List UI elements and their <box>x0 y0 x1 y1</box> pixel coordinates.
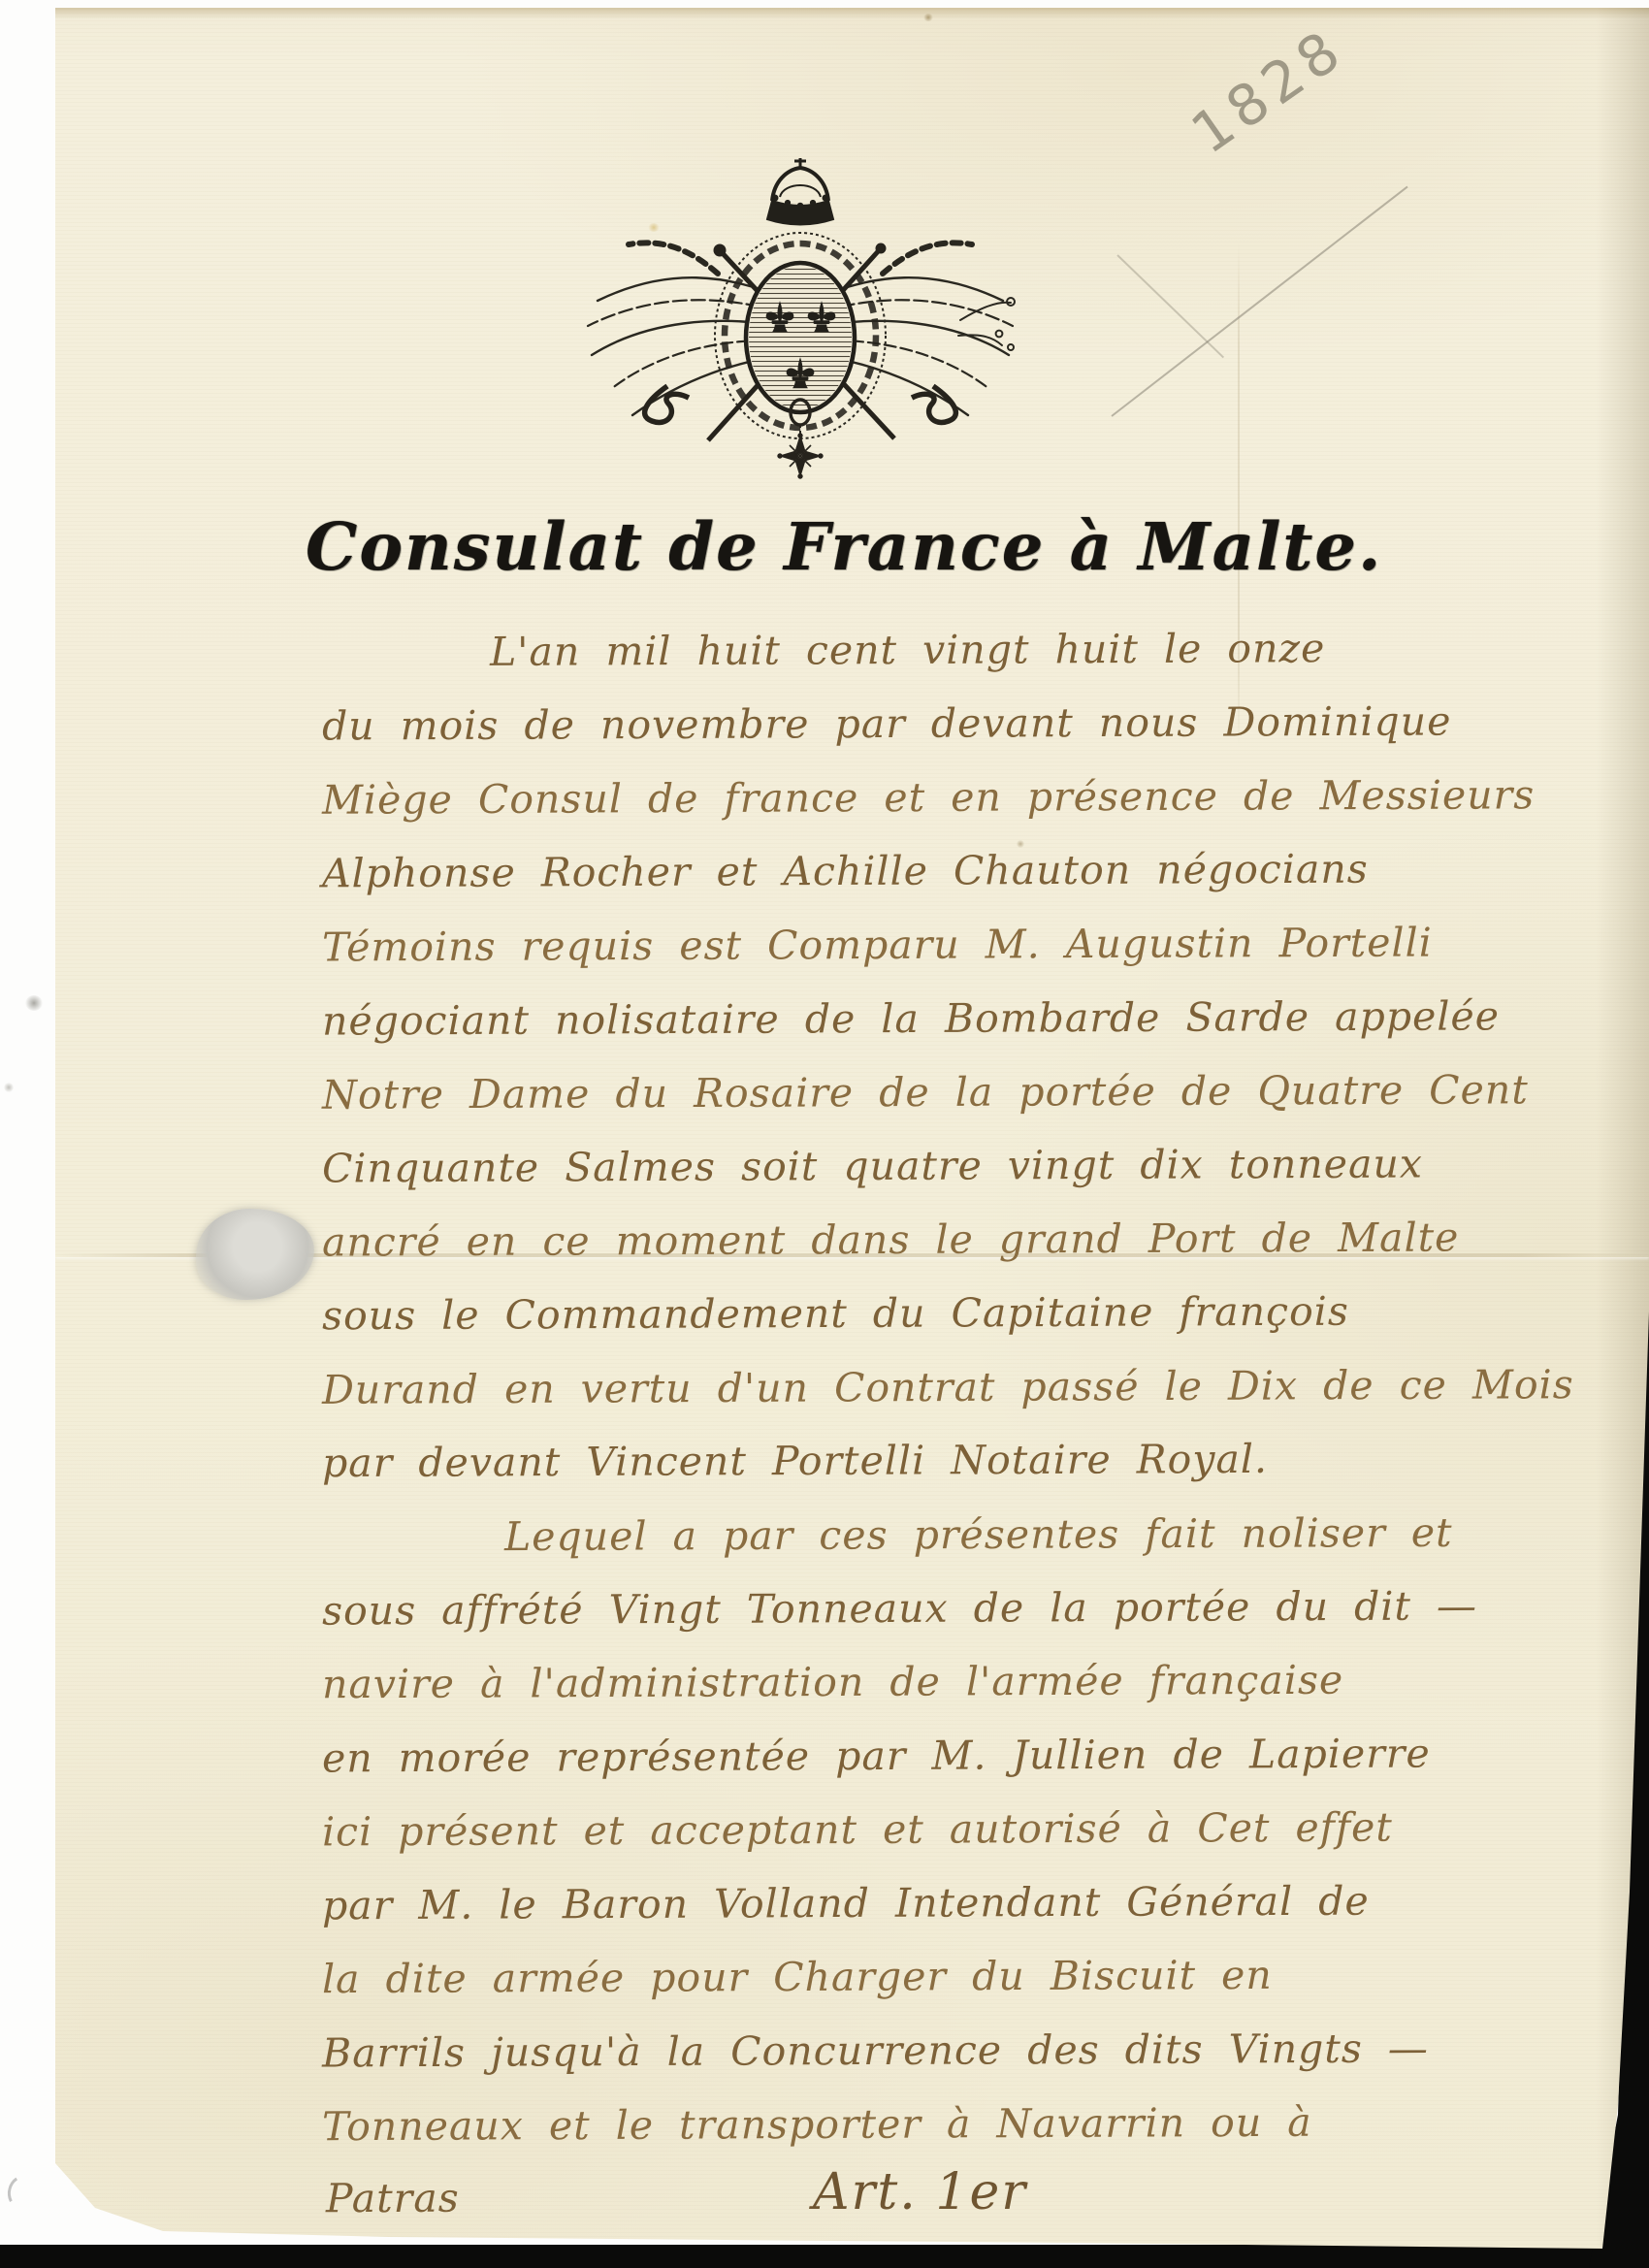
manuscript-line: L'an mil huit cent vingt huit le onze <box>490 629 1325 672</box>
manuscript-line: en morée représentée par M. Jullien de L… <box>322 1734 1431 1779</box>
manuscript-line: Durand en vertu d'un Contrat passé le Di… <box>322 1365 1574 1410</box>
scanned-document: Consulat de France à Malte. 1828 L'an mi… <box>0 0 1649 2268</box>
manuscript-line: Lequel a par ces présentes fait noliser … <box>504 1513 1453 1557</box>
manuscript-line: la dite armée pour Charger du Biscuit en <box>322 1956 1273 1999</box>
manuscript-line: Témoins requis est Comparu M. Augustin P… <box>322 923 1433 968</box>
scan-bottom-border <box>0 2245 1649 2268</box>
foxing-spot <box>923 14 933 21</box>
scanner-speck <box>25 995 43 1011</box>
manuscript-line: négociant nolisataire de la Bombarde Sar… <box>322 996 1500 1041</box>
manuscript-line: navire à l'administration de l'armée fra… <box>322 1661 1343 1705</box>
manuscript-line: Patras <box>326 2179 460 2219</box>
manuscript-line: par M. le Baron Volland Intendant Généra… <box>322 1882 1370 1927</box>
manuscript-line: par devant Vincent Portelli Notaire Roya… <box>322 1440 1268 1483</box>
manuscript-line: Notre Dame du Rosaire de la portée de Qu… <box>322 1070 1529 1115</box>
scanner-speck <box>4 1083 14 1092</box>
manuscript-line: sous affrété Vingt Tonneaux de la portée… <box>322 1586 1477 1631</box>
paper-sheet: Consulat de France à Malte. 1828 L'an mi… <box>0 0 1649 2268</box>
emblem-crown <box>767 158 833 225</box>
manuscript-line: du mois de novembre par devant nous Domi… <box>322 701 1452 746</box>
manuscript-line: sous le Commandement du Capitaine franço… <box>322 1292 1349 1337</box>
pencil-corner-mark <box>4 2172 43 2214</box>
emblem-shield <box>746 263 855 412</box>
paper-top-edge-shadow <box>55 6 1649 19</box>
manuscript-line: Barrils jusqu'à la Concurrence des dits … <box>322 2029 1429 2074</box>
manuscript-line: ici présent et acceptant et autorisé à C… <box>322 1808 1393 1853</box>
article-1-heading: Art. 1er <box>813 2163 1027 2221</box>
manuscript-line: Tonneaux et le transporter à Navarrin ou… <box>322 2103 1312 2147</box>
manuscript-line: ancré en ce moment dans le grand Port de… <box>322 1217 1460 1262</box>
consulate-header-title: Consulat de France à Malte. <box>306 508 1261 585</box>
manuscript-line: Cinquante Salmes soit quatre vingt dix t… <box>322 1145 1423 1189</box>
manuscript-line: Alphonse Rocher et Achille Chauton négoc… <box>322 850 1369 894</box>
royal-coat-of-arms-icon <box>572 155 1028 481</box>
manuscript-line: Miège Consul de france et en présence de… <box>322 775 1535 820</box>
